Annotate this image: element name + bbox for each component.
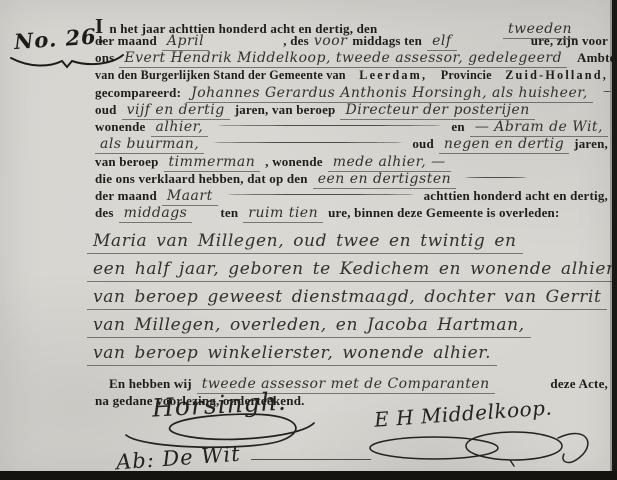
handwritten-text: van Millegen, overleden, en Jacoba Hartm… (87, 315, 531, 338)
handwritten-residence: mede alhier, — (328, 154, 451, 172)
handwritten-occupation: Directeur der posterijen (340, 102, 534, 120)
printed-text: jaren, (574, 136, 608, 152)
handwritten-text: middags (119, 205, 193, 223)
deceased-line: van Millegen, overleden, en Jacoba Hartm… (87, 315, 608, 343)
printed-text: oud (412, 136, 434, 152)
document-scan: No. 26. In het jaar achttien honderd ach… (0, 0, 617, 480)
printed-text: ons (95, 50, 114, 66)
printed-text: achttien honderd acht en dertig, (424, 188, 608, 204)
printed-text: ten (220, 205, 238, 221)
printed-place: Leerdam, (359, 68, 427, 83)
printed-text: ure, binnen deze Gemeente is overleden: (328, 205, 559, 221)
scan-edge-bottom (0, 471, 617, 480)
form-line-1: In het jaar achttien honderd acht en der… (95, 16, 608, 33)
printed-text: der maand (95, 33, 157, 49)
printed-text: , wonende (265, 154, 322, 170)
handwritten-text: een half jaar, geboren te Kedichem en wo… (87, 259, 617, 282)
form-line-4: van den Burgerlijken Stand der Gemeente … (95, 68, 608, 85)
printed-text: en (451, 119, 464, 135)
deceased-line: van beroep winkelierster, wonende alhier… (87, 343, 608, 371)
handwritten-hour: elf (427, 33, 456, 51)
handwritten-relation: als buurman, (95, 136, 204, 154)
form-line-2: der maand April , des voor middags ten e… (95, 33, 608, 50)
printed-text: wonende (95, 119, 146, 135)
handwritten-age: vijf en dertig (122, 102, 230, 120)
handwritten-death-day: een en dertigsten (313, 171, 456, 189)
handwritten-declarant2: — Abram de Wit, (470, 119, 608, 137)
form-line-12: des middags ten ruim tien ure, binnen de… (95, 205, 608, 222)
handwritten-death-hour: ruim tien (243, 205, 323, 223)
printed-text: van den Burgerlijken Stand der Gemeente … (95, 68, 346, 83)
handwritten-text: van beroep geweest dienstmaagd, dochter … (87, 287, 607, 310)
printed-text: die ons verklaard hebben, dat op den (95, 171, 308, 187)
printed-text: ure, zijn voor (531, 33, 608, 49)
printed-text: middags ten (352, 33, 422, 49)
form-line-11: der maand Maart achttien honderd acht en… (95, 188, 608, 205)
deceased-line: Maria van Millegen, oud twee en twintig … (87, 231, 608, 259)
printed-text: Provincie (441, 68, 492, 83)
printed-province: Zuid-Holland, (505, 68, 608, 83)
deceased-record: Maria van Millegen, oud twee en twintig … (87, 231, 608, 371)
printed-text: oud (95, 102, 117, 118)
printed-text: der maand (95, 188, 157, 204)
handwritten-age: negen en dertig (439, 136, 569, 154)
printed-text: des (95, 205, 114, 221)
printed-text: gecompareerd: (95, 85, 181, 101)
handwritten-text: Maria van Millegen, oud twee en twintig … (87, 231, 523, 254)
form-line-8: als buurman, oud negen en dertig jaren, (95, 136, 608, 153)
act-number: No. 26. (13, 23, 106, 54)
printed-text: jaren, van beroep (235, 102, 336, 118)
handwritten-residence: alhier, (151, 119, 209, 137)
printed-text: van beroep (95, 154, 159, 170)
handwritten-declarant1: Johannes Gerardus Anthonis Horsingh, als… (186, 85, 593, 103)
signature-flourish (251, 459, 371, 460)
form-line-6: oud vijf en dertig jaren, van beroep Dir… (95, 102, 608, 119)
handwritten-text: van beroep winkelierster, wonende alhier… (87, 343, 497, 366)
form-line-10: die ons verklaard hebben, dat op den een… (95, 171, 608, 188)
signature-registrar: E H Middelkoop. (362, 402, 552, 426)
printed-text: deze Acte, (550, 376, 608, 392)
printed-text: , des (283, 33, 309, 49)
handwritten-text: voor (314, 33, 347, 49)
printed-text: En hebben wij (95, 376, 192, 392)
form-line-5: gecompareerd: Johannes Gerardus Anthonis… (95, 85, 608, 102)
handwritten-registrar: Evert Hendrik Middelkoop, tweede assesso… (119, 50, 567, 68)
handwritten-death-month: Maart (162, 188, 218, 206)
handwritten-occupation: timmerman (164, 154, 261, 172)
form-line-9: van beroep timmerman , wonende mede alhi… (95, 154, 608, 171)
deceased-line: een half jaar, geboren te Kedichem en wo… (87, 259, 608, 287)
handwritten-month: April (162, 33, 209, 51)
deceased-line: van beroep geweest dienstmaagd, dochter … (87, 287, 608, 315)
form-body: In het jaar achttien honderd acht en der… (95, 16, 608, 409)
form-line-7: wonende alhier, en — Abram de Wit, (95, 119, 608, 136)
signature-declarant1: Horsingh. (118, 391, 287, 420)
form-line-3: ons Evert Hendrik Middelkoop, tweede ass… (95, 50, 608, 67)
scan-edge-right (612, 0, 617, 480)
